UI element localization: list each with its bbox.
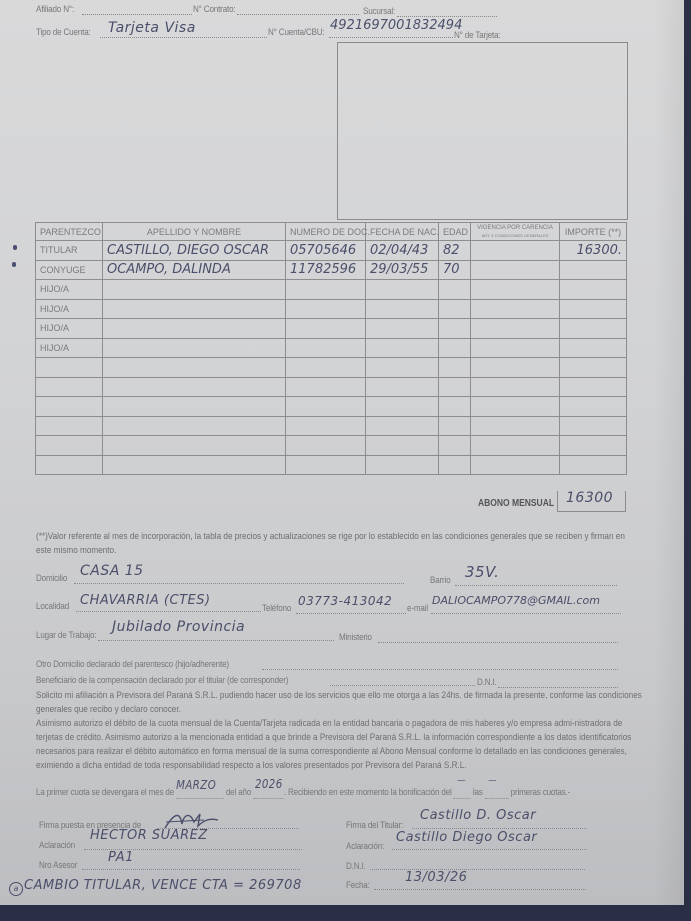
cell-doc[interactable] — [286, 455, 366, 475]
table-row — [36, 436, 627, 456]
cell-vigencia[interactable] — [471, 397, 560, 417]
fecha-label: Fecha: — [346, 880, 370, 891]
ink-mark — [12, 262, 16, 267]
cell-vigencia[interactable] — [471, 377, 560, 397]
cell-nacimiento[interactable] — [366, 416, 439, 436]
cell-parentesco[interactable]: HIJO/A — [36, 280, 103, 300]
las-field[interactable]: — — [485, 787, 509, 799]
cell-edad[interactable] — [439, 436, 471, 456]
col-vigencia-sub: ART. 4 CONDICIONES GENERALES — [475, 232, 555, 239]
cell-parentesco[interactable]: HIJO/A — [36, 319, 103, 339]
aclaracion-titular-label: Aclaración: — [346, 841, 384, 852]
cuota-bonif-text: . Recibiendo en este momento la bonifica… — [284, 787, 452, 798]
cell-vigencia[interactable] — [471, 436, 560, 456]
firma-titular-label: Firma del Titular: — [346, 820, 403, 831]
ministerio-label: Ministerio — [339, 632, 372, 643]
bonif-value: — — [457, 775, 466, 786]
cell-doc[interactable] — [286, 280, 366, 300]
col-vigencia-title: VIGENCIA POR CARENCIA — [477, 225, 553, 231]
otro-domicilio-field[interactable] — [262, 669, 618, 670]
col-nombre: APELLIDO Y NOMBRE — [103, 223, 286, 241]
cell-importe[interactable] — [560, 455, 627, 475]
aclaracion-value: HECTOR SUAREZ — [90, 828, 208, 843]
cell-parentesco[interactable]: CONYUGE — [36, 260, 103, 280]
cell-edad[interactable]: 82 — [439, 241, 471, 261]
table-row — [36, 358, 627, 378]
dni-titular-field[interactable] — [370, 869, 585, 870]
cell-nacimiento[interactable] — [366, 455, 439, 475]
fecha-field[interactable] — [374, 889, 586, 890]
telefono-label: Teléfono — [262, 603, 291, 614]
cell-importe[interactable] — [560, 416, 627, 436]
cell-edad[interactable] — [439, 358, 471, 378]
barrio-value: 35V. — [465, 563, 499, 581]
cell-parentesco[interactable]: TITULAR — [36, 241, 103, 261]
cell-nombre[interactable] — [103, 455, 286, 475]
tipo-cuenta-value: Tarjeta Visa — [108, 20, 196, 36]
cell-nombre[interactable] — [103, 436, 286, 456]
table-row: HIJO/A — [36, 338, 627, 358]
abono-mensual-box[interactable]: 16300 — [557, 491, 626, 512]
cell-edad[interactable] — [439, 377, 471, 397]
cell-doc[interactable]: 11782596 — [286, 260, 366, 280]
barrio-label: Barrio — [430, 575, 451, 586]
trabajo-field[interactable] — [98, 640, 334, 641]
cell-nacimiento[interactable] — [366, 319, 439, 339]
cell-parentesco[interactable] — [36, 436, 103, 456]
las-value: — — [488, 775, 497, 786]
abono-mensual-label: ABONO MENSUAL — [478, 498, 554, 509]
sucursal-label: Sucursal: — [363, 6, 395, 17]
cuenta-cbu-value: 4921697001832494 — [330, 18, 462, 33]
cell-parentesco[interactable] — [36, 377, 103, 397]
localidad-field[interactable] — [76, 611, 261, 612]
otro-domicilio-label: Otro Domicilio declarado del parentesco … — [36, 659, 229, 670]
annotation-text: CAMBIO TITULAR, VENCE CTA = 269708 — [24, 878, 302, 893]
cell-nacimiento[interactable] — [366, 436, 439, 456]
col-importe: IMPORTE (**) — [560, 223, 627, 241]
trabajo-label: Lugar de Trabajo: — [36, 630, 96, 641]
cell-nombre[interactable] — [103, 416, 286, 436]
aclaracion-titular-field[interactable] — [392, 849, 587, 850]
cell-edad-value: 82 — [443, 243, 460, 258]
cell-edad[interactable] — [439, 299, 471, 319]
cuota-las-text: las — [473, 787, 483, 798]
aclaracion-titular-value: Castillo Diego Oscar — [396, 830, 537, 845]
table-row — [36, 397, 627, 417]
table-row: HIJO/A — [36, 280, 627, 300]
cell-doc[interactable] — [286, 319, 366, 339]
beneficiario-field[interactable] — [330, 685, 475, 686]
cell-vigencia[interactable] — [471, 338, 560, 358]
cell-nombre[interactable] — [103, 377, 286, 397]
cell-vigencia[interactable] — [471, 280, 560, 300]
asesor-label: Nro Asesor — [39, 860, 77, 871]
cell-importe[interactable] — [560, 377, 627, 397]
bonif-field[interactable]: — — [454, 787, 471, 799]
members-table-header: PARENTEZCO APELLIDO Y NOMBRE NUMERO DE D… — [36, 223, 627, 241]
members-table: PARENTEZCO APELLIDO Y NOMBRE NUMERO DE D… — [35, 222, 627, 475]
col-doc: NUMERO DE DOC. — [286, 223, 366, 241]
cell-nacimiento[interactable] — [366, 377, 439, 397]
col-vigencia: VIGENCIA POR CARENCIAART. 4 CONDICIONES … — [471, 223, 560, 241]
cell-importe[interactable] — [560, 299, 627, 319]
tarjeta-label: N° de Tarjeta: — [454, 30, 500, 41]
cell-importe[interactable] — [560, 260, 627, 280]
trabajo-value: Jubilado Provincia — [112, 619, 245, 635]
cell-vigencia[interactable] — [471, 260, 560, 280]
tipo-cuenta-label: Tipo de Cuenta: — [36, 27, 91, 38]
cell-doc[interactable] — [286, 436, 366, 456]
dni-titular-label: D.N.I. — [346, 861, 366, 872]
cell-nombre[interactable]: CASTILLO, DIEGO OSCAR — [103, 241, 286, 261]
cell-doc[interactable] — [286, 299, 366, 319]
cell-nacimiento[interactable]: 29/03/55 — [366, 260, 439, 280]
cell-edad[interactable] — [439, 280, 471, 300]
legal-debit-authorization-text: Asimismo autorizo el débito de la cuota … — [36, 717, 642, 773]
cell-doc[interactable] — [286, 377, 366, 397]
cell-importe[interactable] — [560, 319, 627, 339]
asesor-value: PA1 — [108, 850, 134, 865]
contrato-field[interactable] — [237, 14, 359, 15]
cell-importe[interactable]: 16300. — [560, 241, 627, 261]
cell-nacimiento[interactable] — [366, 280, 439, 300]
cell-vigencia[interactable] — [471, 319, 560, 339]
cell-nacimiento[interactable] — [366, 338, 439, 358]
affiliation-form-page: Afiliado N°: N° Contrato: Sucursal: Tipo… — [0, 0, 684, 905]
cell-vigencia[interactable] — [471, 416, 560, 436]
annotation-marker: a — [9, 882, 23, 896]
email-value: DALIOCAMPO778@GMAIL.com — [432, 594, 600, 607]
cell-edad[interactable] — [439, 455, 471, 475]
beneficiario-label: Beneficiario de la compensación declarad… — [36, 675, 288, 686]
cuota-mes-value: MARZO — [176, 778, 216, 792]
cell-importe-value: 16300. — [577, 243, 623, 258]
fecha-value: 13/03/26 — [405, 870, 467, 885]
cell-doc[interactable] — [286, 416, 366, 436]
cell-doc-value: 11782596 — [290, 262, 356, 277]
cell-parentesco[interactable]: HIJO/A — [36, 338, 103, 358]
afiliado-label: Afiliado N°: — [36, 4, 74, 15]
cell-nacimiento[interactable]: 02/04/43 — [366, 241, 439, 261]
table-row: HIJO/A — [36, 299, 627, 319]
beneficiario-dni-label: D.N.I. — [477, 677, 497, 688]
cell-nacimiento-value: 29/03/55 — [370, 262, 428, 277]
asesor-field[interactable] — [82, 869, 300, 870]
cell-doc-value: 05705646 — [290, 243, 356, 258]
email-label: e-mail — [407, 603, 428, 614]
beneficiario-dni-field[interactable] — [498, 687, 618, 688]
cell-edad[interactable] — [439, 397, 471, 417]
table-row: TITULARCASTILLO, DIEGO OSCAR0570564602/0… — [36, 241, 627, 261]
cell-nombre-value: OCAMPO, DALINDA — [107, 262, 231, 277]
cell-vigencia[interactable] — [471, 455, 560, 475]
table-row — [36, 377, 627, 397]
col-nacimiento: FECHA DE NAC. — [366, 223, 439, 241]
localidad-label: Localidad — [36, 601, 69, 612]
table-row: CONYUGEOCAMPO, DALINDA1178259629/03/5570 — [36, 260, 627, 280]
cell-nombre[interactable] — [103, 358, 286, 378]
cell-nombre-value: CASTILLO, DIEGO OSCAR — [107, 243, 269, 258]
cell-doc[interactable] — [286, 338, 366, 358]
cell-vigencia[interactable] — [471, 299, 560, 319]
domicilio-field[interactable] — [74, 583, 404, 584]
cell-nacimiento[interactable] — [366, 358, 439, 378]
cuenta-cbu-field[interactable] — [329, 37, 453, 38]
cell-nombre[interactable] — [103, 338, 286, 358]
barrio-field[interactable] — [455, 585, 617, 586]
card-number-box[interactable] — [337, 42, 628, 220]
cell-nacimiento[interactable] — [366, 397, 439, 417]
cuota-anio-field[interactable]: 2026 — [253, 787, 284, 799]
cuota-anio-label: del año — [226, 787, 251, 798]
email-field[interactable] — [431, 613, 621, 614]
cell-doc[interactable] — [286, 397, 366, 417]
telefono-value: 03773-413042 — [298, 594, 392, 608]
table-row — [36, 416, 627, 436]
cell-importe[interactable] — [560, 436, 627, 456]
sucursal-field[interactable] — [397, 16, 497, 17]
abono-mensual-value: 16300 — [566, 490, 613, 506]
firma-titular-value: Castillo D. Oscar — [420, 808, 536, 823]
afiliado-field[interactable] — [82, 14, 192, 15]
telefono-field[interactable] — [296, 613, 406, 614]
cell-edad-value: 70 — [443, 262, 460, 277]
cell-parentesco[interactable]: HIJO/A — [36, 299, 103, 319]
ministerio-field[interactable] — [378, 642, 618, 643]
cell-nacimiento-value: 02/04/43 — [370, 243, 428, 258]
cuota-suffix: primeras cuotas.- — [511, 787, 570, 798]
cell-vigencia[interactable] — [471, 358, 560, 378]
cell-edad[interactable] — [439, 338, 471, 358]
col-edad: EDAD — [439, 223, 471, 241]
cuota-anio-value: 2026 — [255, 777, 283, 791]
price-footnote: (**)Valor referente al mes de incorporac… — [36, 530, 642, 558]
cell-nombre[interactable] — [103, 397, 286, 417]
ink-mark — [13, 245, 17, 250]
cuota-mes-field[interactable]: MARZO — [176, 787, 224, 799]
cell-importe[interactable] — [560, 397, 627, 417]
table-row — [36, 455, 627, 475]
cell-doc[interactable]: 05705646 — [286, 241, 366, 261]
tipo-cuenta-field[interactable] — [100, 37, 267, 38]
cell-nombre[interactable] — [103, 280, 286, 300]
legal-affiliation-text: Solicito mi afiliación a Previsora del P… — [36, 689, 642, 717]
cell-parentesco[interactable] — [36, 416, 103, 436]
cell-nacimiento[interactable] — [366, 299, 439, 319]
first-installment-line: La primer cuota se devengara el mes de M… — [36, 787, 570, 799]
cell-nombre[interactable] — [103, 319, 286, 339]
cell-edad[interactable]: 70 — [439, 260, 471, 280]
cell-edad[interactable] — [439, 319, 471, 339]
cell-doc[interactable] — [286, 358, 366, 378]
table-row: HIJO/A — [36, 319, 627, 339]
cell-parentesco[interactable] — [36, 358, 103, 378]
cell-nombre[interactable]: OCAMPO, DALINDA — [103, 260, 286, 280]
cell-nombre[interactable] — [103, 299, 286, 319]
domicilio-label: Domicilio — [36, 573, 67, 584]
aclaracion-label: Aclaración — [39, 840, 75, 851]
cell-importe[interactable] — [560, 358, 627, 378]
firma-titular-field[interactable] — [412, 828, 587, 829]
cell-vigencia[interactable] — [471, 241, 560, 261]
localidad-value: CHAVARRIA (CTES) — [80, 593, 211, 608]
cell-importe[interactable] — [560, 280, 627, 300]
cuota-prefix: La primer cuota se devengara el mes de — [36, 787, 174, 798]
cell-importe[interactable] — [560, 338, 627, 358]
contrato-label: N° Contrato: — [193, 4, 235, 15]
cell-edad[interactable] — [439, 416, 471, 436]
cell-parentesco[interactable] — [36, 455, 103, 475]
domicilio-value: CASA 15 — [80, 563, 144, 579]
cell-parentesco[interactable] — [36, 397, 103, 417]
col-parentesco: PARENTEZCO — [36, 223, 103, 241]
cuenta-cbu-label: N° Cuenta/CBU: — [268, 27, 325, 38]
